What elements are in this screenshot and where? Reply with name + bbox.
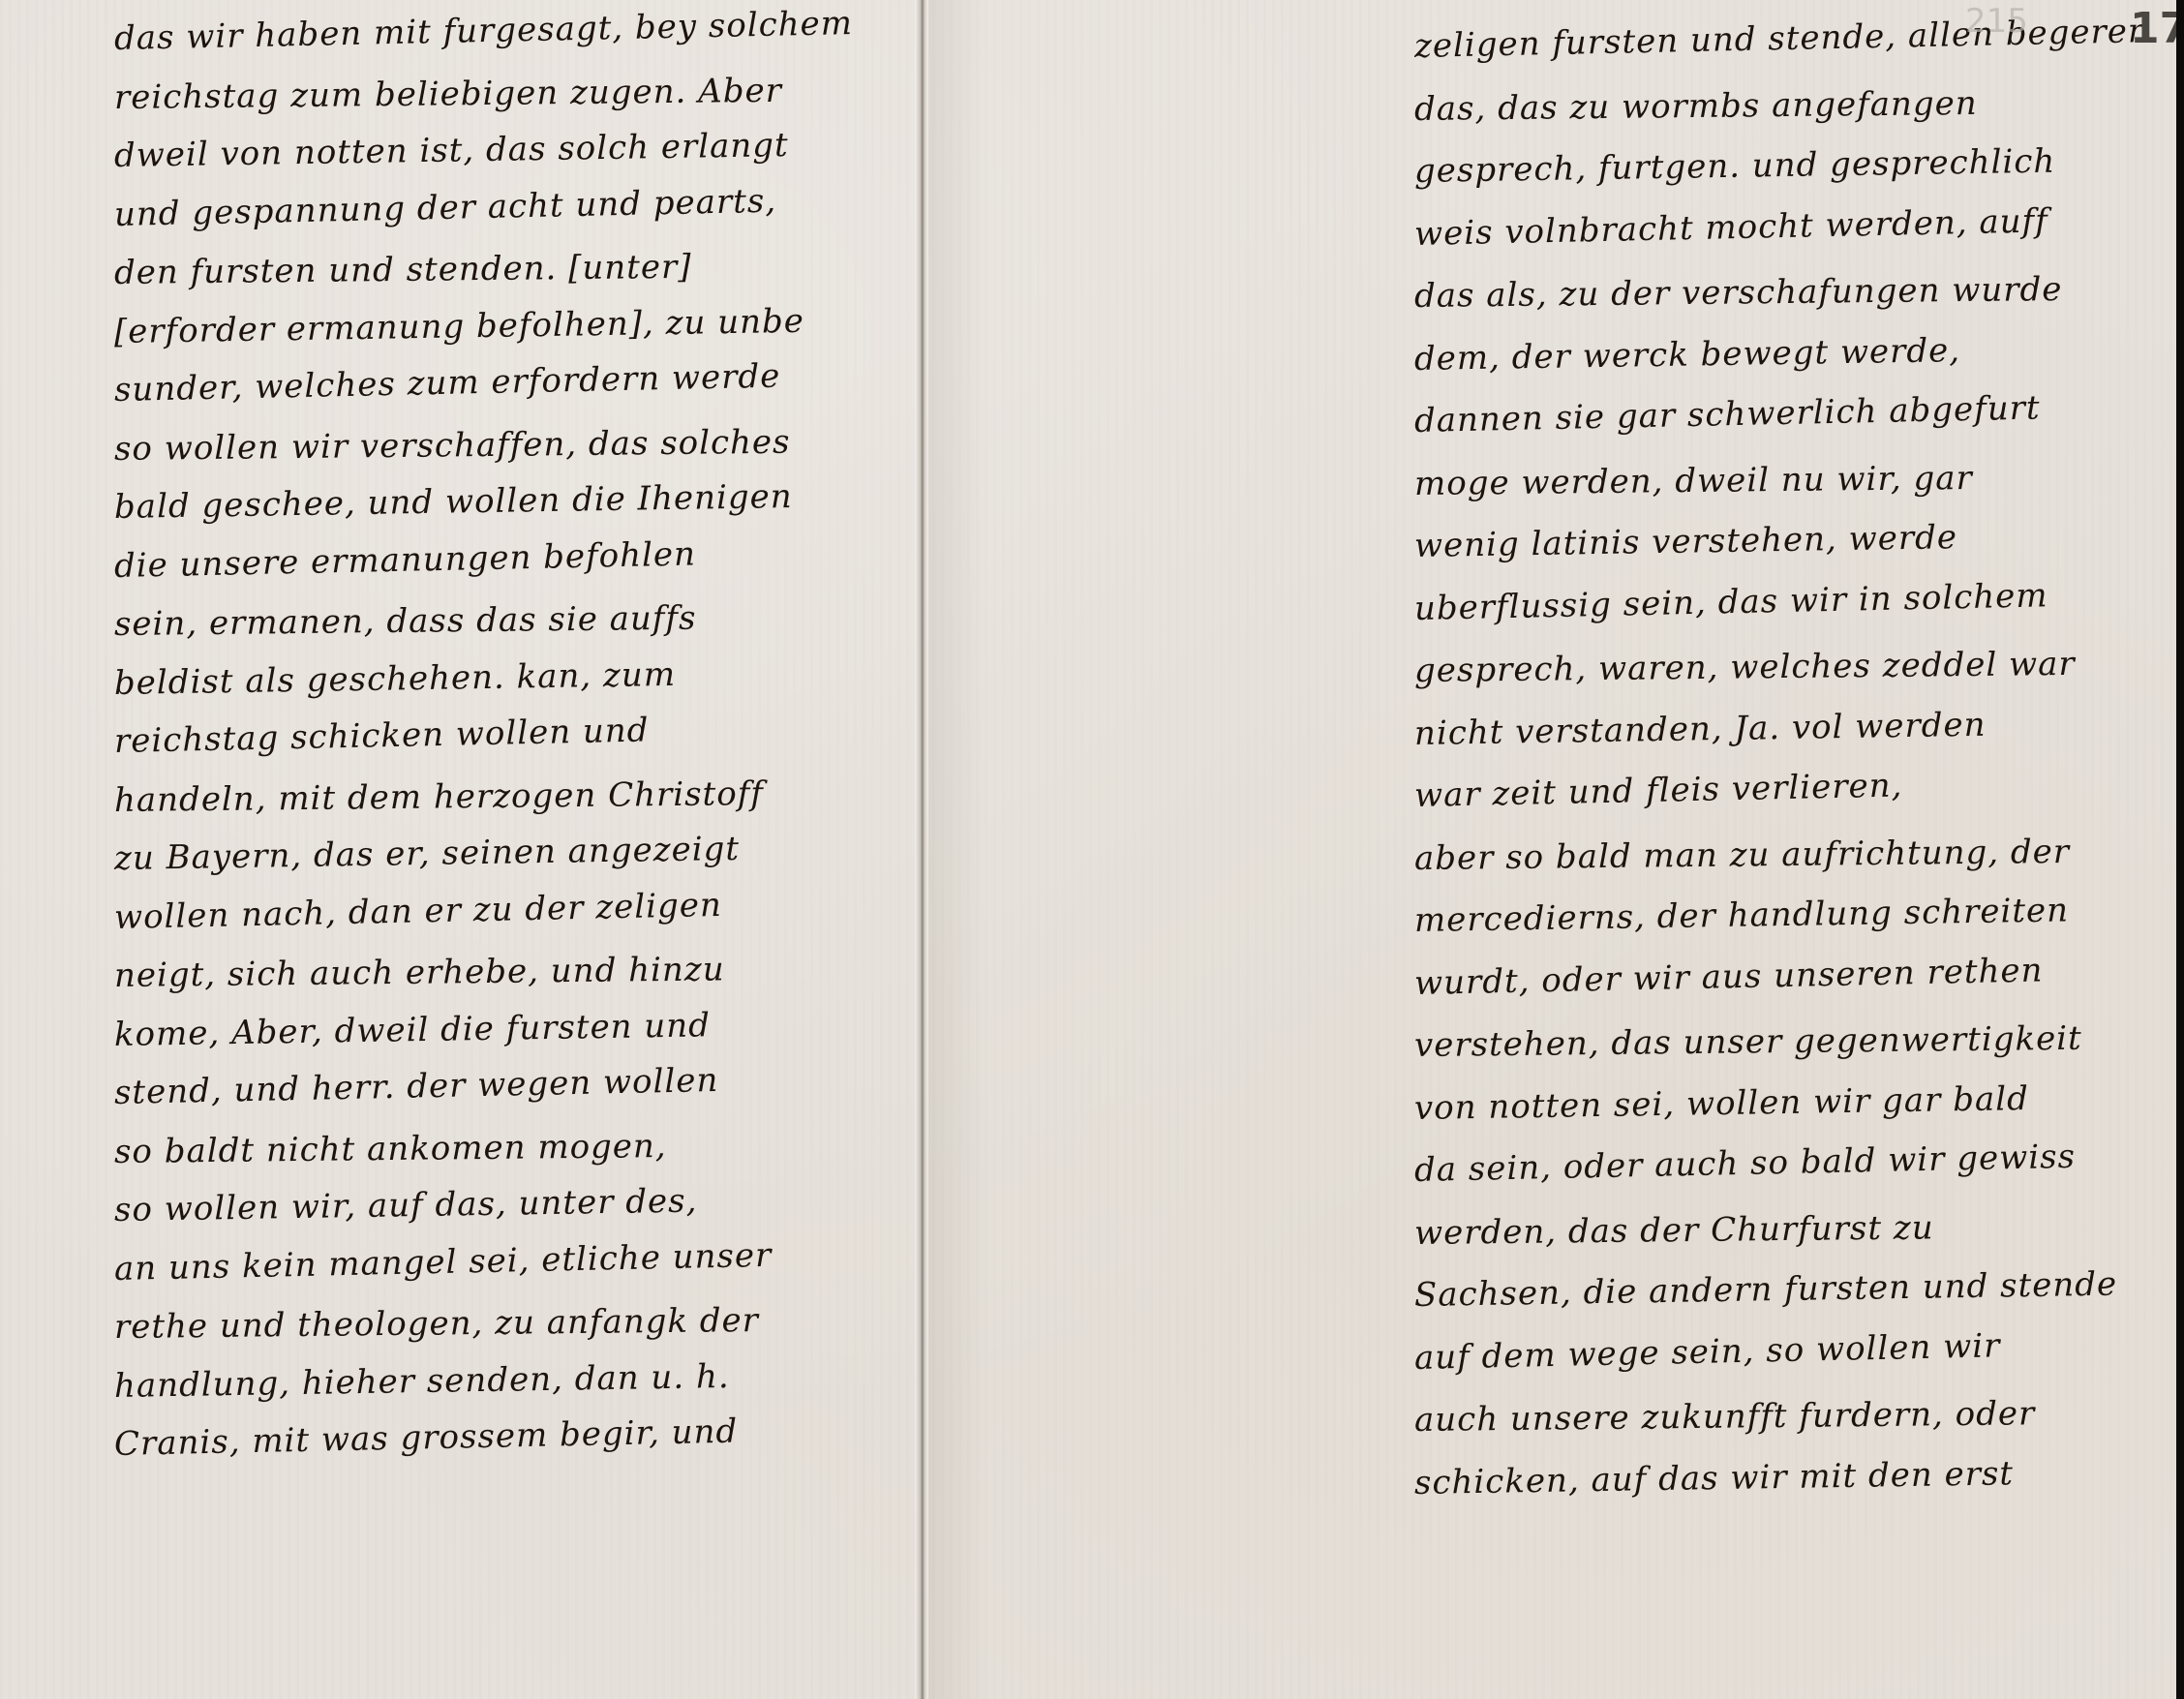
- manuscript-line: reichstag zum beliebigen zugen. Aber: [114, 71, 782, 116]
- scan-edge: [2176, 0, 2184, 1699]
- manuscript-line: schicken, auf das wir mit den erst: [1414, 1454, 2015, 1502]
- manuscript-line: neigt, sich auch erhebe, und hinzu: [114, 950, 725, 995]
- manuscript-line: und gespannung der acht und pearts,: [114, 181, 777, 233]
- manuscript-line: moge werden, dweil nu wir, gar: [1414, 458, 1973, 502]
- manuscript-line: so wollen wir verschaffen, das solches: [114, 422, 791, 468]
- manuscript-line: das, das zu wormbs angefangen: [1414, 83, 1978, 128]
- manuscript-line: rethe und theologen, zu anfangk der: [114, 1301, 759, 1347]
- manuscript-line: von notten sei, wollen wir gar bald: [1414, 1079, 2029, 1128]
- manuscript-line: nicht verstanden, Ja. vol werden: [1414, 705, 1987, 752]
- right-page: zeligen fursten und stende, allen begere…: [925, 0, 2176, 1699]
- manuscript-line: an uns kein mangel sei, etliche unser: [114, 1235, 773, 1288]
- manuscript-line: auf dem wege sein, so wollen wir: [1414, 1326, 2001, 1378]
- manuscript-line: verstehen, das unser gegenwertigkeit: [1414, 1019, 2082, 1065]
- manuscript-line: Cranis, mit was grossem begir, und: [114, 1412, 739, 1464]
- left-page: das wir haben mit furgesagt, bey solchem…: [0, 0, 920, 1699]
- manuscript-line: dweil von notten ist, das solch erlangt: [114, 126, 789, 175]
- manuscript-line: wurdt, oder wir aus unseren rethen: [1414, 951, 2044, 1003]
- manuscript-line: wenig latinis verstehen, werde: [1414, 518, 1958, 565]
- manuscript-line: [erforder ermanung befolhen], zu unbe: [114, 301, 804, 350]
- manuscript-line: kome, Aber, dweil die fursten und: [114, 1006, 712, 1054]
- manuscript-line: aber so bald man zu aufrichtung, der: [1414, 832, 2070, 877]
- manuscript-line: dem, der werck bewegt werde,: [1414, 331, 1961, 379]
- manuscript-line: werden, das der Churfurst zu: [1414, 1208, 1934, 1253]
- pencil-mark: 215: [1965, 2, 2028, 41]
- manuscript-line: gesprech, furtgen. und gesprechlich: [1414, 142, 2056, 191]
- manuscript-line: das wir haben mit furgesagt, bey solchem: [114, 4, 854, 58]
- manuscript-line: den fursten und stenden. [unter]: [114, 248, 692, 292]
- manuscript-line: beldist als geschehen. kan, zum: [114, 654, 677, 702]
- manuscript-line: reichstag schicken wollen und: [114, 711, 650, 761]
- manuscript-line: handlung, hieher senden, dan u. h.: [114, 1357, 730, 1406]
- manuscript-line: zu Bayern, das er, seinen angezeigt: [114, 830, 741, 878]
- manuscript-line: gesprech, waren, welches zeddel war: [1414, 645, 2076, 690]
- manuscript-line: zeligen fursten und stende, allen begere…: [1414, 12, 2151, 66]
- manuscript-line: Sachsen, die andern fursten und stende: [1414, 1265, 2118, 1315]
- manuscript-line: auch unsere zukunfft furdern, oder: [1414, 1394, 2036, 1440]
- manuscript-line: sein, ermanen, dass das sie auffs: [114, 599, 697, 644]
- manuscript-line: dannen sie gar schwerlich abgefurt: [1414, 388, 2041, 440]
- manuscript-line: mercedierns, der handlung schreiten: [1414, 891, 2070, 940]
- manuscript-line: so baldt nicht ankomen mogen,: [114, 1127, 667, 1171]
- manuscript-line: das als, zu der verschafungen wurde: [1414, 270, 2063, 316]
- manuscript-line: weis volnbracht mocht werden, auff: [1414, 201, 2049, 254]
- manuscript-line: so wollen wir, auf das, unter des,: [114, 1182, 698, 1229]
- manuscript-line: handeln, mit dem herzogen Christoff: [114, 774, 764, 819]
- manuscript-line: da sein, oder auch so bald wir gewiss: [1414, 1138, 2077, 1190]
- manuscript-spread: das wir haben mit furgesagt, bey solchem…: [0, 0, 2176, 1699]
- manuscript-line: war zeit und fleis verlieren,: [1414, 766, 1903, 815]
- manuscript-line: sunder, welches zum erfordern werde: [114, 357, 781, 410]
- manuscript-line: uberflussig sein, das wir in solchem: [1414, 576, 2048, 628]
- manuscript-line: wollen nach, dan er zu der zeligen: [114, 885, 723, 936]
- manuscript-line: bald geschee, und wollen die Ihenigen: [114, 477, 793, 527]
- manuscript-line: die unsere ermanungen befohlen: [114, 534, 697, 586]
- manuscript-line: stend, und herr. der wegen wollen: [114, 1061, 719, 1112]
